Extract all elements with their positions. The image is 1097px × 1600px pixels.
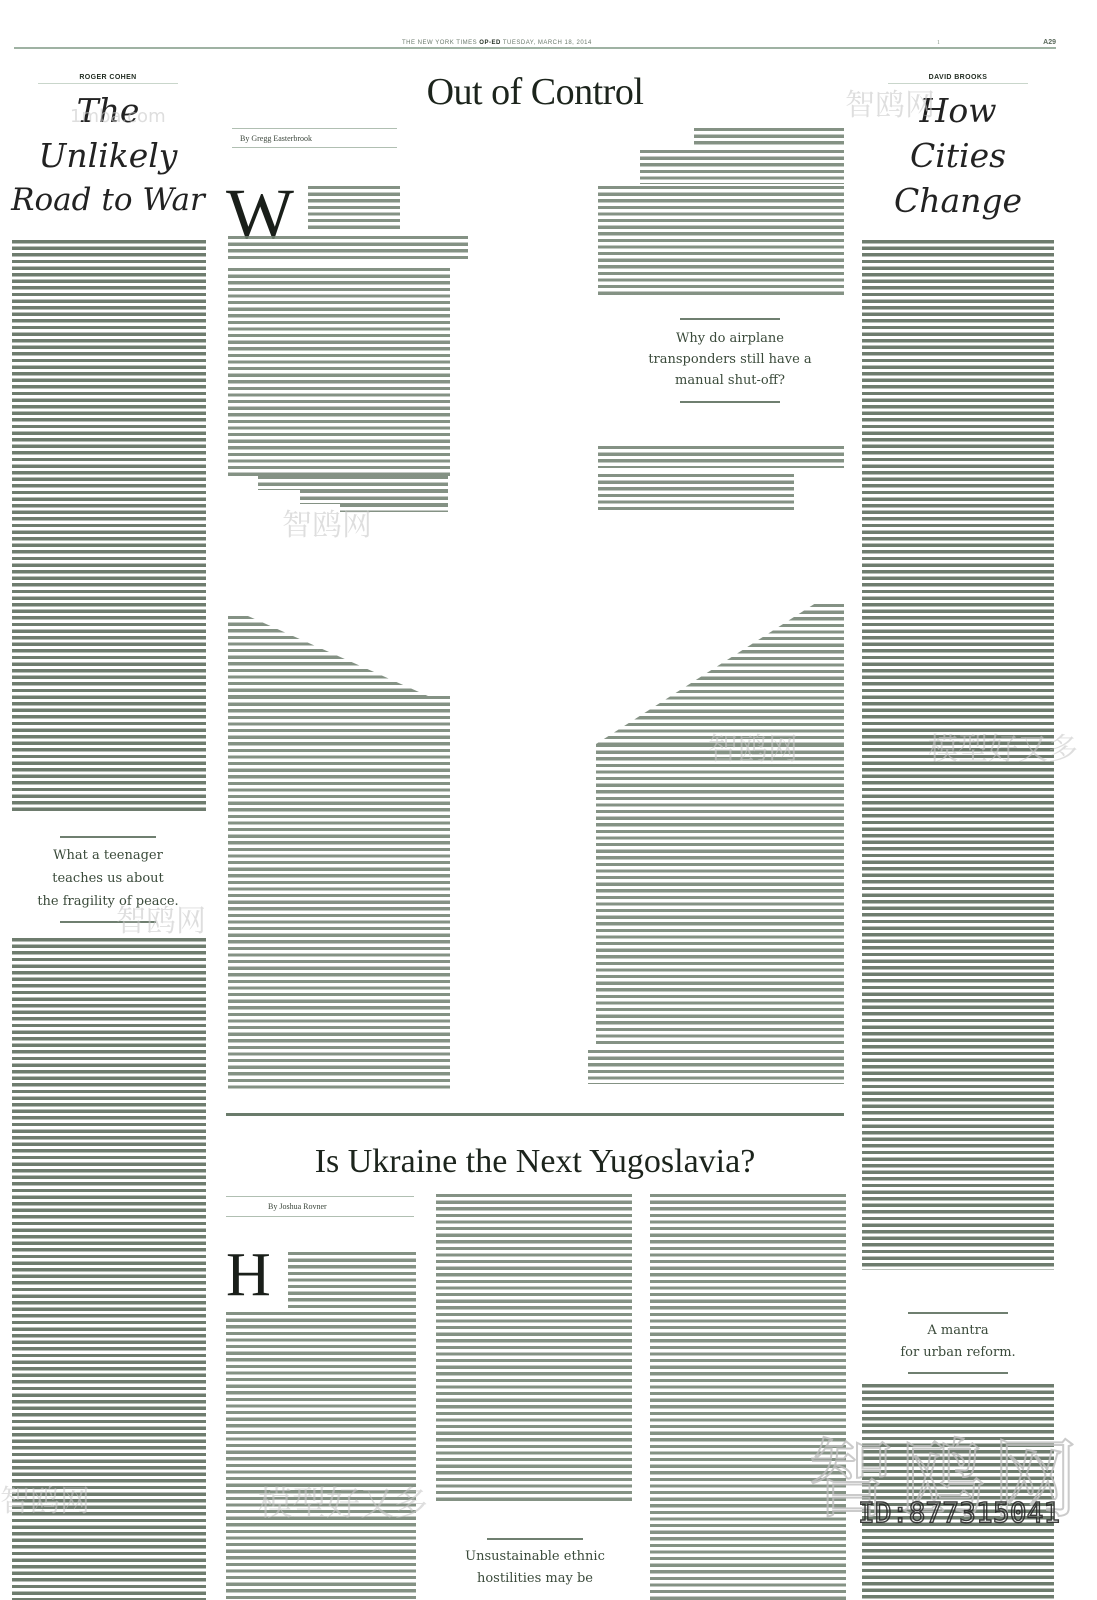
headline-line: Change — [860, 178, 1056, 223]
pull-rule — [680, 318, 780, 320]
kicker-rule — [888, 83, 1028, 84]
pull-line: manual shut-off? — [612, 370, 848, 391]
pull-line: A mantra — [860, 1320, 1056, 1342]
masthead: THE NEW YORK TIMES OP-ED TUESDAY, MARCH … — [14, 38, 1056, 52]
pull-rule — [908, 1312, 1008, 1314]
main-body-upper-left-a — [308, 186, 400, 230]
main-body-lower-right-tail — [588, 1050, 844, 1084]
headline-line: Cities — [860, 133, 1056, 178]
section-divider — [226, 1113, 844, 1116]
left-column: ROGER COHEN The Unlikely Road to War — [10, 74, 206, 223]
pull-quote-text: Why do airplane transponders still have … — [612, 328, 848, 391]
columnist-name: DAVID BROOKS — [860, 74, 1056, 81]
byline-rule — [226, 1216, 414, 1217]
headline-line: Unlikely — [10, 133, 206, 178]
main-body-mid-right-b — [598, 474, 794, 512]
right-column-body-top — [862, 240, 1054, 1270]
pull-rule — [60, 921, 156, 923]
main-body-lower-right-wing — [596, 604, 844, 744]
pull-line: hostilities may be — [430, 1568, 640, 1590]
pull-quote-text: What a teenager teaches us about the fra… — [10, 844, 206, 913]
masthead-rule — [14, 47, 1056, 49]
pull-line: the fragility of peace. — [10, 890, 206, 913]
main-body-upper-right-a — [694, 128, 844, 148]
main-body-upper-left-e — [300, 490, 448, 504]
paper-name: THE NEW YORK TIMES — [402, 40, 477, 46]
left-pull-quote: What a teenager teaches us about the fra… — [10, 836, 206, 923]
pull-line: Unsustainable ethnic — [430, 1546, 640, 1568]
pull-quote-text: Unsustainable ethnic hostilities may be — [430, 1546, 640, 1590]
second-body-col1 — [226, 1312, 416, 1600]
pull-line: What a teenager — [10, 844, 206, 867]
headline-line: The — [10, 88, 206, 133]
headline-line: Road to War — [10, 178, 206, 223]
byline-rule — [232, 147, 397, 148]
left-column-body-top — [12, 240, 206, 812]
right-column: DAVID BROOKS How Cities Change — [860, 74, 1056, 223]
main-body-lower-right — [596, 744, 844, 1044]
main-body-lower-left — [228, 696, 450, 1092]
main-article-title: Out of Control — [220, 70, 850, 114]
main-body-lower-left-wing — [228, 616, 428, 696]
kicker-rule — [38, 83, 178, 84]
main-pull-quote: Why do airplane transponders still have … — [612, 318, 848, 403]
second-drop-cap: H — [226, 1244, 271, 1306]
second-body-col2 — [436, 1194, 632, 1504]
main-body-upper-left-c — [228, 268, 450, 476]
main-body-upper-left-d — [258, 476, 448, 490]
section-name: OP-ED — [479, 40, 501, 46]
second-body-col1-top — [288, 1252, 416, 1308]
second-article-title: Is Ukraine the Next Yugoslavia? — [220, 1143, 850, 1181]
second-byline: By Joshua Rovner — [226, 1197, 414, 1216]
second-byline-block: By Joshua Rovner — [226, 1196, 414, 1217]
main-byline-block: By Gregg Easterbrook — [232, 128, 397, 148]
right-column-body-bottom — [862, 1384, 1054, 1600]
main-body-upper-right-c — [598, 186, 844, 296]
page-number: A29 — [1039, 39, 1056, 46]
pull-line: transponders still have a — [612, 349, 848, 370]
right-pull-quote: A mantra for urban reform. — [860, 1312, 1056, 1374]
main-body-upper-left-f — [340, 504, 448, 512]
second-body-col3 — [650, 1194, 846, 1600]
column-headline: How Cities Change — [860, 88, 1056, 223]
issue-date: TUESDAY, MARCH 18, 2014 — [503, 40, 592, 46]
headline-line: How — [860, 88, 1056, 133]
main-body-mid-right-a — [598, 446, 844, 468]
pull-rule — [487, 1538, 583, 1540]
folio: 1 — [934, 40, 943, 46]
main-body-upper-left-b — [228, 236, 468, 262]
pull-rule — [60, 836, 156, 838]
main-body-upper-right-b — [640, 150, 844, 184]
main-byline: By Gregg Easterbrook — [232, 129, 397, 147]
column-headline: The Unlikely Road to War — [10, 88, 206, 223]
pull-rule — [908, 1372, 1008, 1374]
pull-rule — [680, 401, 780, 403]
pull-line: Why do airplane — [612, 328, 848, 349]
left-column-body-bottom — [12, 938, 206, 1600]
pull-line: teaches us about — [10, 867, 206, 890]
columnist-name: ROGER COHEN — [10, 74, 206, 81]
second-pull-quote: Unsustainable ethnic hostilities may be — [430, 1538, 640, 1590]
masthead-label: THE NEW YORK TIMES OP-ED TUESDAY, MARCH … — [396, 40, 598, 46]
pull-line: for urban reform. — [860, 1342, 1056, 1364]
pull-quote-text: A mantra for urban reform. — [860, 1320, 1056, 1364]
